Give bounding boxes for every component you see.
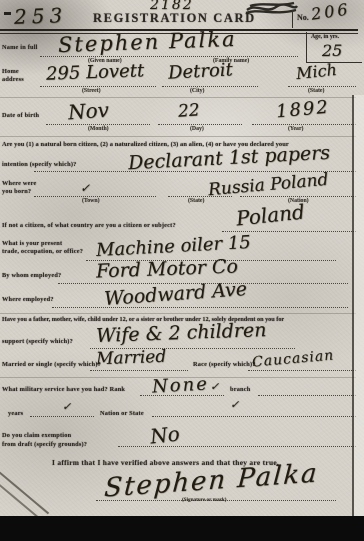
sub-day: (Day) xyxy=(190,126,204,132)
sub-birth-state: (State) xyxy=(188,198,204,204)
employer-value: Ford Motor Co xyxy=(96,256,239,283)
dob-month-line xyxy=(46,124,150,125)
exemption-line xyxy=(118,446,356,447)
nation-line xyxy=(152,416,356,417)
sub-town: (Town) xyxy=(82,198,100,204)
right-margin xyxy=(354,95,364,516)
header-divider xyxy=(292,10,293,28)
sub-month: (Month) xyxy=(88,126,109,132)
sub-city: (City) xyxy=(190,88,205,94)
nation-check-mark: ✓ xyxy=(230,398,239,411)
subject-value: Poland xyxy=(235,199,306,230)
race-label: Race (specify which)? xyxy=(193,361,256,369)
card-no-value: 206 xyxy=(310,0,352,24)
ditto-mark xyxy=(4,12,11,15)
dob-year-value: 1892 xyxy=(275,97,330,123)
dob-year-line xyxy=(252,124,356,125)
race-line xyxy=(248,370,356,371)
dob-month-value: Nov xyxy=(67,98,109,125)
dependents-value: Wife & 2 children xyxy=(96,319,267,347)
years-line xyxy=(30,416,94,417)
field-name-label: Name in full xyxy=(2,44,42,52)
bottom-scan-bar xyxy=(0,516,364,541)
birthplace-label1: Where were xyxy=(2,180,36,188)
signature-sub-label: (Signature or mark) xyxy=(182,497,226,503)
exemption-label2: from draft (specify grounds)? xyxy=(2,441,87,449)
exemption-label1: Do you claim exemption xyxy=(2,432,71,440)
birthplace-label2: you born? xyxy=(2,188,31,196)
years-label: years xyxy=(8,410,23,418)
years-check-mark: ✓ xyxy=(62,400,71,413)
exemption-value: No xyxy=(149,422,181,449)
address-street-value: 295 Lovett xyxy=(46,60,145,84)
address-state-line xyxy=(288,86,356,87)
branch-label: branch xyxy=(230,386,250,394)
age-value: 25 xyxy=(322,41,342,60)
address-street-line xyxy=(40,86,156,87)
birthplace-state-line xyxy=(168,196,232,197)
marital-line xyxy=(90,370,188,371)
employed-where-line xyxy=(52,307,348,308)
birthplace-nation-line xyxy=(240,196,356,197)
sub-street: (Street) xyxy=(82,88,101,94)
race-value: Caucasian xyxy=(251,347,334,370)
card-number: 253 xyxy=(14,3,68,29)
birthplace-check-mark: ✓ xyxy=(80,181,90,195)
military-label: What military service have you had? Rank xyxy=(2,386,125,394)
dob-day-line xyxy=(158,124,242,125)
row2-separator xyxy=(0,97,356,98)
row9-separator xyxy=(0,313,356,314)
military-rank-line xyxy=(140,395,224,396)
marital-value: Married xyxy=(96,347,167,369)
dob-day-value: 22 xyxy=(177,100,200,121)
dob-label: Date of birth xyxy=(2,112,62,120)
nation-state-label: Nation or State xyxy=(100,410,144,418)
address-city-value: Detroit xyxy=(167,59,233,83)
dependents-question-line2: support (specify which)? xyxy=(2,338,73,346)
military-value: None xyxy=(151,374,209,398)
marital-label: Married or single (specify which)? xyxy=(2,361,101,369)
age-box-left-border xyxy=(306,32,307,63)
employed-where-label: Where employed? xyxy=(2,296,54,304)
no-label: No. xyxy=(297,13,309,23)
birthplace-town-line xyxy=(34,196,156,197)
name-line xyxy=(40,56,298,57)
address-state-value: Mich xyxy=(295,60,338,83)
subject-label: If not a citizen, of what country are yo… xyxy=(2,222,222,230)
name-value: Stephen Palka xyxy=(58,27,237,57)
address-label: Home address xyxy=(2,68,38,84)
employer-label: By whom employed? xyxy=(2,272,61,280)
card-title: REGISTRATION CARD xyxy=(93,11,256,27)
military-check-mark: ✓ xyxy=(210,380,219,393)
row3-separator xyxy=(0,136,356,137)
registration-card-scan: 2182 253 REGISTRATION CARD No. 206 Name … xyxy=(0,0,364,541)
sub-year: (Year) xyxy=(288,126,303,132)
citizen-question-line2: intention (specify which)? xyxy=(2,161,76,169)
address-city-line xyxy=(162,86,258,87)
sub-state: (State) xyxy=(308,88,324,94)
military-branch-line xyxy=(258,395,356,396)
trade-label2: trade, occupation, or office? xyxy=(2,248,83,256)
trade-label1: What is your present xyxy=(2,240,62,248)
